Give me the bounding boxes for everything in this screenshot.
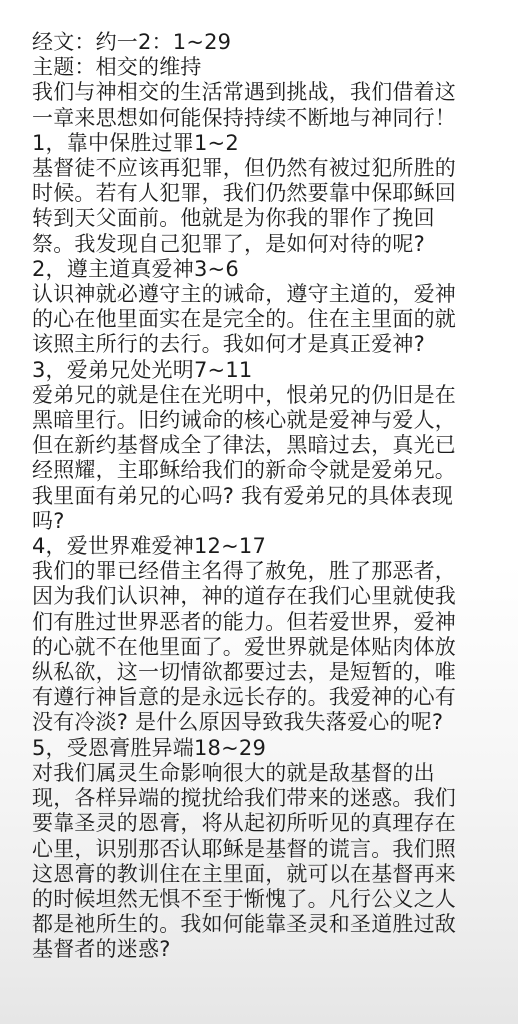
section-body-line: 时候。若有人犯罪，我们仍然要靠中保耶稣回 [32,181,492,206]
section-body-line: 转到天父面前。他就是为你我的罪作了挽回 [32,206,492,231]
section-body-line: 我里面有弟兄的心吗? 我有爱弟兄的具体表现 [32,484,492,509]
section-body-line: 认识神就必遵守主的诫命，遵守主道的，爱神 [32,282,492,307]
scripture-reference: 经文：约一2：1~29 [32,30,492,55]
section-body-line: 这恩膏的教训住在主里面，就可以在基督再来 [32,862,492,887]
section-body-line: 我们的罪已经借主名得了赦免，胜了那恶者， [32,559,492,584]
theme-title: 主题：相交的维持 [32,55,492,80]
section-heading-5: 5，受恩膏胜异端18~29 [32,736,492,761]
section-heading-2: 2，遵主道真爱神3~6 [32,257,492,282]
section-body-line: 吗? [32,509,492,534]
section-body-line: 没有冷淡? 是什么原因导致我失落爱心的呢? [32,710,492,735]
section-body-line: 的心在他里面实在是完全的。住在主里面的就 [32,307,492,332]
section-body-line: 黑暗里行。旧约诫命的核心就是爱神与爱人， [32,408,492,433]
section-body-line: 该照主所行的去行。我如何才是真正爱神? [32,332,492,357]
section-body-line: 基督者的迷惑? [32,937,492,962]
section-heading-3: 3，爱弟兄处光明7~11 [32,358,492,383]
section-body-line: 因为我们认识神，神的道存在我们心里就使我 [32,584,492,609]
section-body-line: 对我们属灵生命影响很大的就是敌基督的出 [32,761,492,786]
section-body-line: 但在新约基督成全了律法，黑暗过去，真光已 [32,433,492,458]
section-body-line: 有遵行神旨意的是永远长存的。我爱神的心有 [32,685,492,710]
section-body-line: 的心就不在他里面了。爱世界就是体贴肉体放 [32,635,492,660]
section-body-line: 爱弟兄的就是住在光明中，恨弟兄的仍旧是在 [32,383,492,408]
section-body-line: 基督徒不应该再犯罪，但仍然有被过犯所胜的 [32,156,492,181]
section-body-line: 们有胜过世界恶者的能力。但若爱世界，爱神 [32,610,492,635]
section-heading-4: 4，爱世界难爱神12~17 [32,534,492,559]
section-body-line: 都是祂所生的。我如何能靠圣灵和圣道胜过敌 [32,912,492,937]
section-body-line: 要靠圣灵的恩膏，将从起初所听见的真理存在 [32,811,492,836]
section-heading-1: 1，靠中保胜过罪1~2 [32,131,492,156]
section-body-line: 的时候坦然无惧不至于惭愧了。凡行公义之人 [32,887,492,912]
document-body: 经文：约一2：1~29 主题：相交的维持 我们与神相交的生活常遇到挑战，我们借着… [32,30,492,963]
section-body-line: 纵私欲，这一切情欲都要过去，是短暂的，唯 [32,660,492,685]
section-body-line: 祭。我发现自己犯罪了，是如何对待的呢? [32,232,492,257]
intro-line: 我们与神相交的生活常遇到挑战，我们借着这 [32,80,492,105]
section-body-line: 心里，识别那否认耶稣是基督的谎言。我们照 [32,837,492,862]
section-body-line: 经照耀，主耶稣给我们的新命令就是爱弟兄。 [32,458,492,483]
section-body-line: 现，各样异端的搅扰给我们带来的迷惑。我们 [32,786,492,811]
intro-line: 一章来思想如何能保持持续不断地与神同行！ [32,106,492,131]
